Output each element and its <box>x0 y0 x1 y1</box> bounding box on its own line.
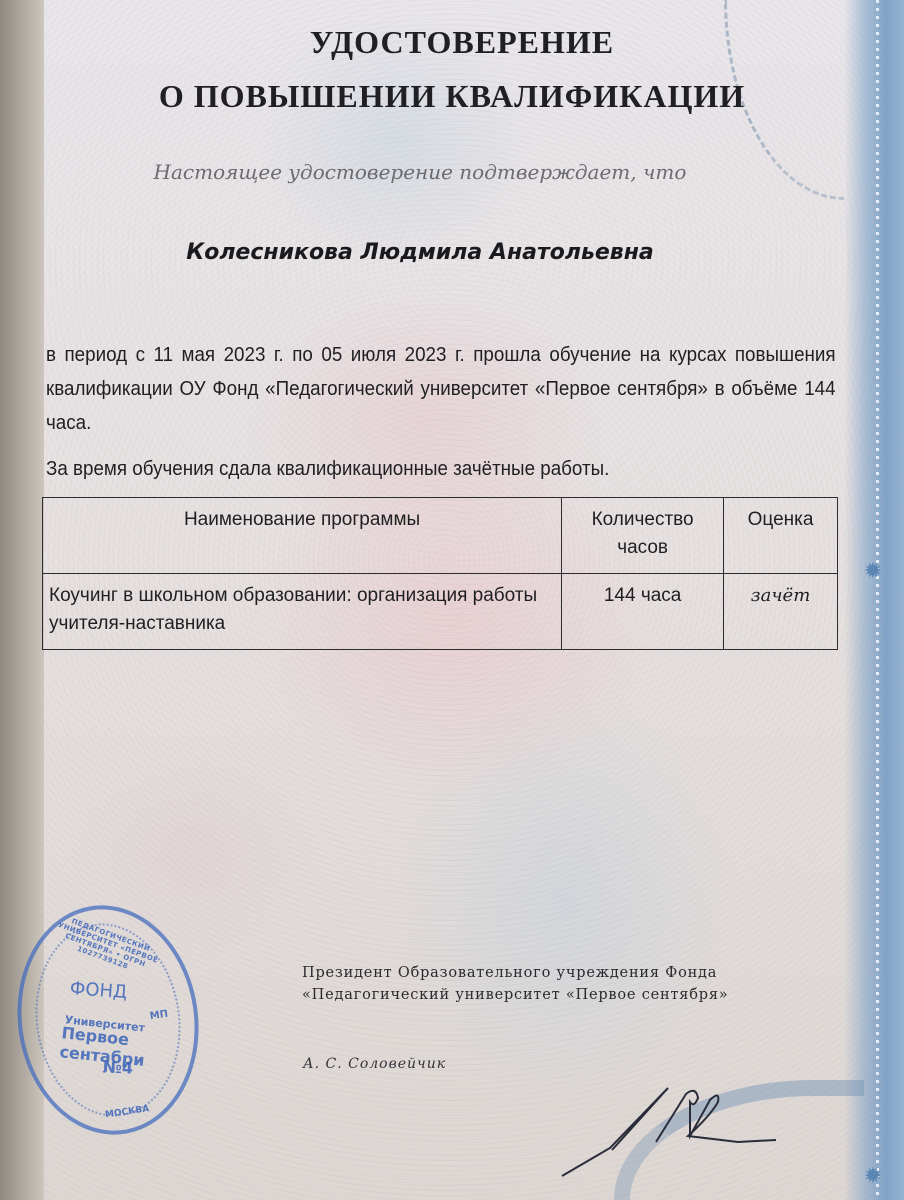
stamp-mp: МП <box>149 1009 169 1022</box>
program-grade-cell: зачёт <box>724 574 838 650</box>
program-name-cell: Коучинг в школьном образовании: организа… <box>43 574 562 650</box>
header-program-name: Наименование программы <box>43 498 562 574</box>
programs-table: Наименование программы Количество часов … <box>42 497 838 650</box>
certificate-title: УДОСТОВЕРЕНИЕ <box>10 24 904 61</box>
position-line-1: Президент Образовательного учреждения Фо… <box>302 962 802 984</box>
stamp-city: МОСКВА <box>105 1104 150 1120</box>
program-hours-cell: 144 часа <box>562 574 724 650</box>
table-row: Коучинг в школьном образовании: организа… <box>43 574 838 650</box>
position-line-2: «Педагогический университет «Первое сент… <box>302 984 802 1006</box>
holder-name: Колесникова Людмила Анатольевна <box>0 240 840 265</box>
table-header-row: Наименование программы Количество часов … <box>43 498 838 574</box>
stamp-number: №4 <box>102 1058 133 1078</box>
star-ornament-icon: ✹ <box>862 1165 884 1187</box>
signatory-position: Президент Образовательного учреждения Фо… <box>302 962 802 1006</box>
signer-name: А. С. Соловейчик <box>303 1056 446 1072</box>
header-grade: Оценка <box>724 498 838 574</box>
handwritten-signature-icon <box>560 1080 800 1200</box>
stamp-center-word: ФОНД <box>69 978 128 1003</box>
header-hours: Количество часов <box>562 498 724 574</box>
certificate-subtitle: Настоящее удостоверение подтверждает, чт… <box>0 160 840 184</box>
decorative-border-band <box>844 0 904 1200</box>
certificate-title-line2: О ПОВЫШЕНИИ КВАЛИФИКАЦИИ <box>0 78 904 115</box>
training-period-paragraph: в период с 11 мая 2023 г. по 05 июля 202… <box>46 338 836 440</box>
exams-paragraph: За время обучения сдала квалификационные… <box>46 452 790 486</box>
star-ornament-icon: ✹ <box>862 560 884 582</box>
